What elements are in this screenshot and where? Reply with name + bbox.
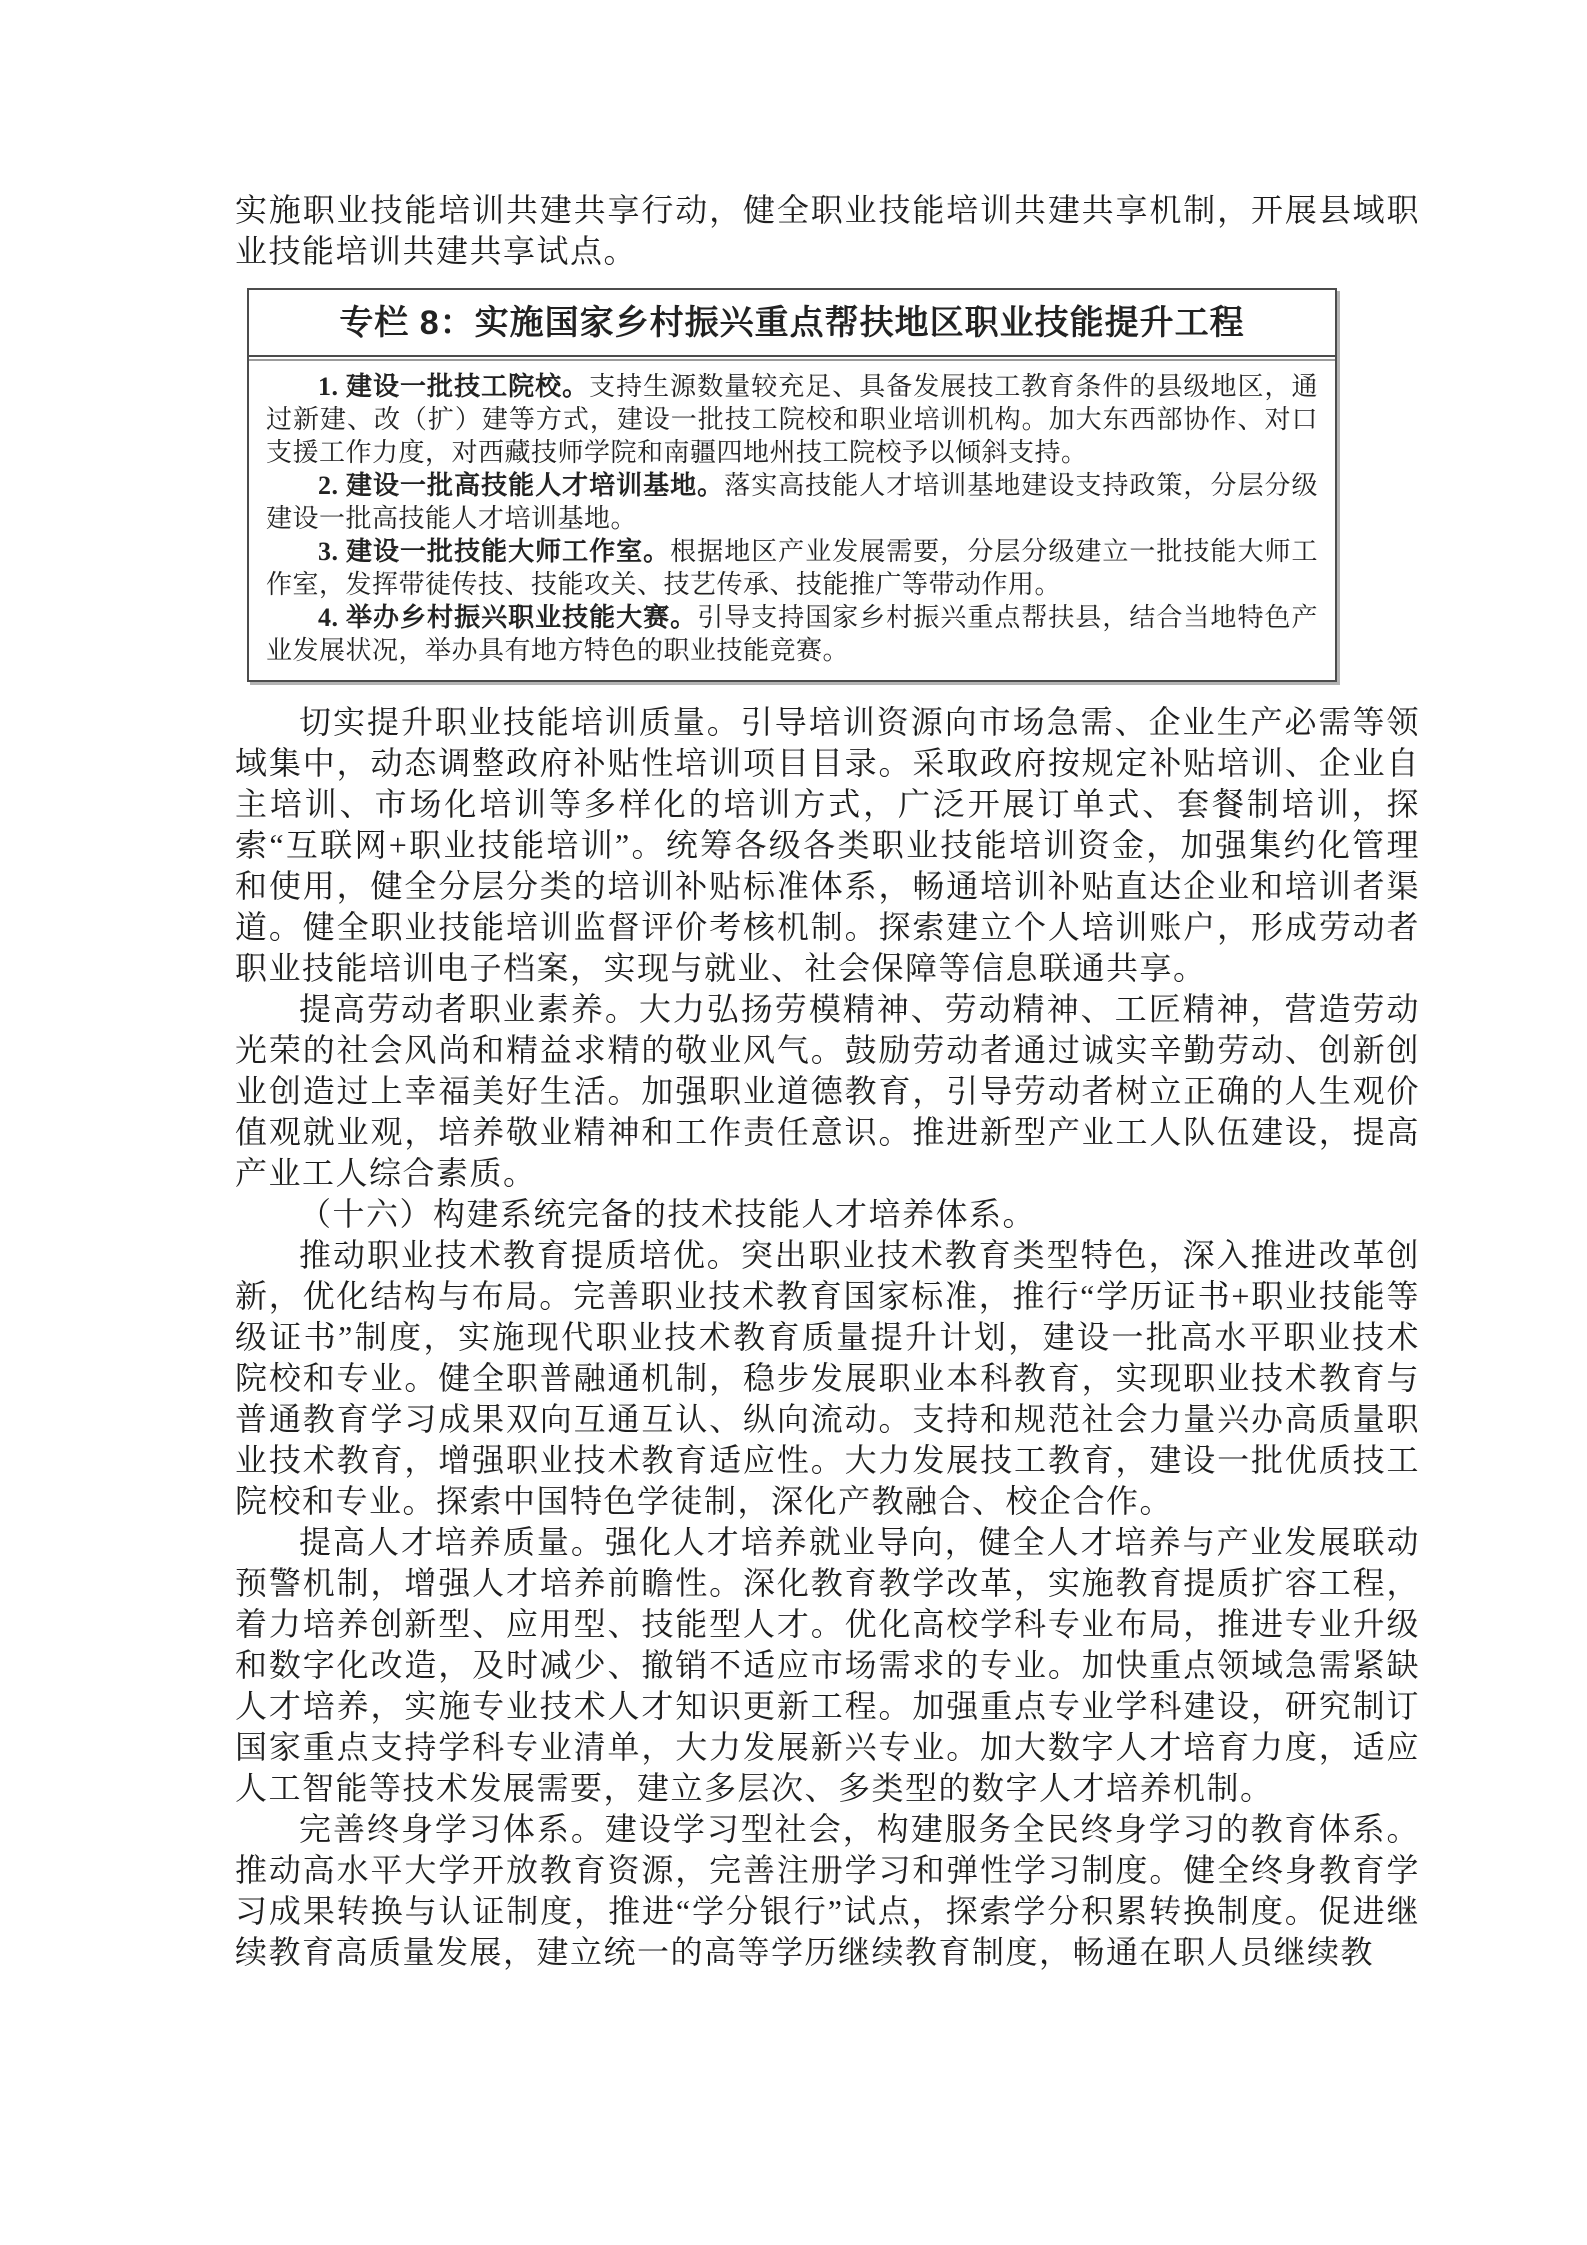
body-paragraph-4: 推动职业技术教育提质培优。突出职业技术教育类型特色，深入推进改革创新，优化结构与…: [235, 1235, 1420, 1522]
callout-item-1: 1. 建设一批技工院校。支持生源数量较充足、具备发展技工教育条件的县级地区，通过…: [266, 370, 1318, 469]
callout-item-2: 2. 建设一批高技能人才培训基地。落实高技能人才培训基地建设支持政策，分层分级建…: [266, 469, 1318, 535]
body-paragraph-6: 完善终身学习体系。建设学习型社会，构建服务全民终身学习的教育体系。推动高水平大学…: [235, 1809, 1420, 1973]
callout-box-zhuanlan-8: 专栏 8：实施国家乡村振兴重点帮扶地区职业技能提升工程 1. 建设一批技工院校。…: [247, 288, 1337, 682]
callout-item-2-lead: 2. 建设一批高技能人才培训基地。: [318, 471, 724, 500]
callout-item-4-lead: 4. 举办乡村振兴职业技能大赛。: [318, 603, 697, 632]
body-paragraph-5: 提高人才培养质量。强化人才培养就业导向，健全人才培养与产业发展联动预警机制，增强…: [235, 1522, 1420, 1809]
callout-item-3-lead: 3. 建设一批技能大师工作室。: [318, 537, 670, 566]
body-paragraph-1: 切实提升职业技能培训质量。引导培训资源向市场急需、企业生产必需等领域集中，动态调…: [235, 702, 1420, 989]
intro-paragraph: 实施职业技能培训共建共享行动，健全职业技能培训共建共享机制，开展县域职业技能培训…: [235, 190, 1420, 272]
body-paragraph-2: 提高劳动者职业素养。大力弘扬劳模精神、劳动精神、工匠精神，营造劳动光荣的社会风尚…: [235, 989, 1420, 1194]
body-paragraph-3-section-16-heading: （十六）构建系统完备的技术技能人才培养体系。: [235, 1194, 1420, 1235]
callout-box-body: 1. 建设一批技工院校。支持生源数量较充足、具备发展技工教育条件的县级地区，通过…: [249, 359, 1335, 680]
callout-item-1-lead: 1. 建设一批技工院校。: [318, 372, 589, 401]
callout-item-4: 4. 举办乡村振兴职业技能大赛。引导支持国家乡村振兴重点帮扶县，结合当地特色产业…: [266, 601, 1318, 667]
callout-item-3: 3. 建设一批技能大师工作室。根据地区产业发展需要，分层分级建立一批技能大师工作…: [266, 535, 1318, 601]
callout-box-title: 专栏 8：实施国家乡村振兴重点帮扶地区职业技能提升工程: [249, 290, 1335, 357]
document-page: 实施职业技能培训共建共享行动，健全职业技能培训共建共享机制，开展县域职业技能培训…: [0, 0, 1587, 2245]
